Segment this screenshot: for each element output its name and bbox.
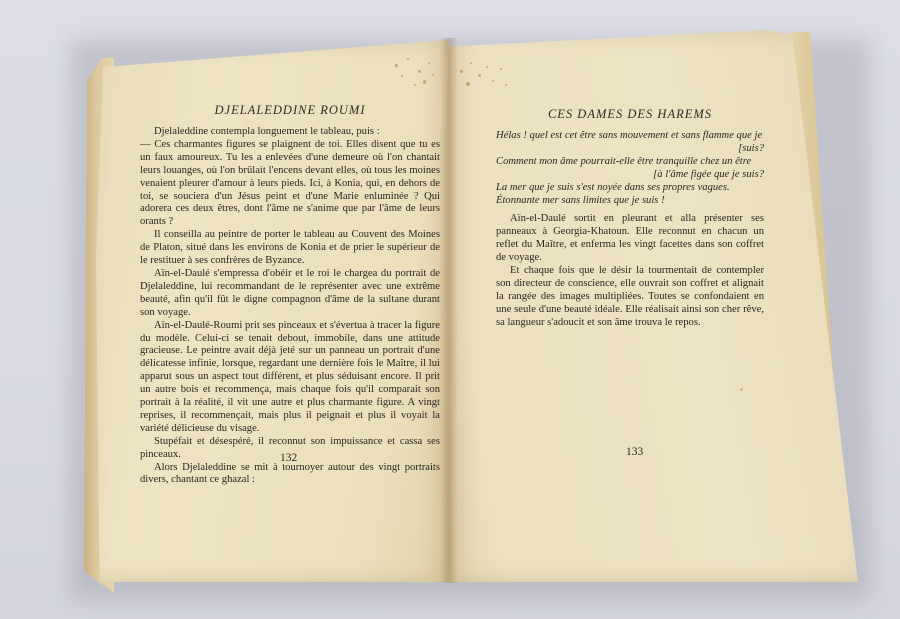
paragraph: Aïn-el-Daulé sortit en pleurant et alla … [496,213,764,265]
verse-line: Comment mon âme pourrait-elle être tranq… [496,156,764,169]
ghazal-verse: Hélas ! quel est cet être sans mouvement… [496,130,764,207]
paragraph: Il conseilla au peintre de porter le tab… [140,229,440,268]
paragraph: Djelaleddine contempla longuement le tab… [140,126,440,139]
paragraph: — Ces charmantes figures se plaignent de… [140,139,440,229]
paragraph: Alors Djelaleddine se mit à tournoyer au… [140,462,440,488]
book-gutter [440,38,458,583]
left-running-head: DJELALEDDINE ROUMI [140,103,440,118]
verse-line: La mer que je suis s'est noyée dans ses … [496,182,764,195]
right-running-head: CES DAMES DES HAREMS [496,107,764,122]
right-page-number: 133 [626,446,643,458]
paragraph: Aïn-el-Daulé s'empressa d'obéir et le ro… [140,268,440,320]
paragraph: Et chaque fois que le désir la tourmenta… [496,265,764,330]
verse-line-continuation: [suis? [496,143,764,156]
verse-line: Hélas ! quel est cet être sans mouvement… [496,130,764,143]
left-page-text: DJELALEDDINE ROUMI Djelaleddine contempl… [140,103,440,487]
verse-line-continuation: [à l'âme figée que je suis? [496,169,764,182]
paragraph: Aïn-el-Daulé-Roumi prit ses pinceaux et … [140,320,440,436]
right-page-text: CES DAMES DES HAREMS Hélas ! quel est ce… [496,107,764,330]
open-book: DJELALEDDINE ROUMI Djelaleddine contempl… [0,0,900,619]
verse-line: Étonnante mer sans limites que je suis ! [496,195,764,208]
left-page-number: 132 [280,452,297,464]
